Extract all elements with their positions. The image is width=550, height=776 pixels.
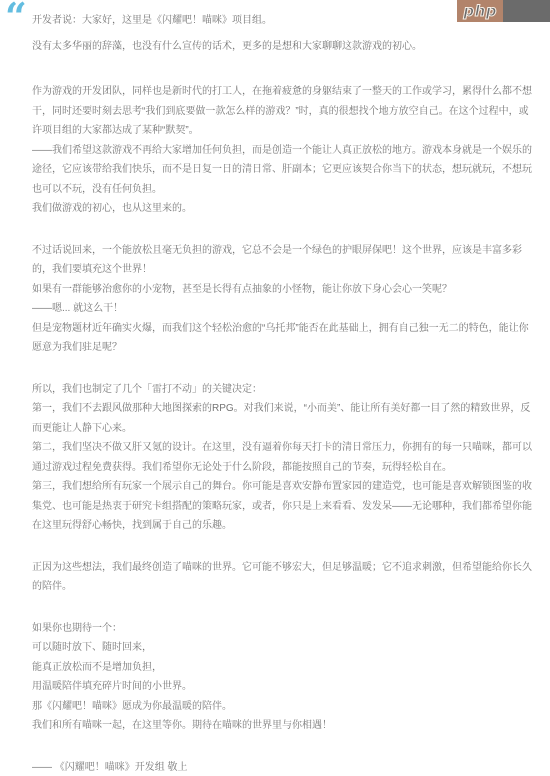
section-2: 作为游戏的开发团队，同样也是新时代的打工人，在拖着疲惫的身躯结束了一整天的工作或… <box>32 82 532 219</box>
paragraph: 第三，我们想给所有玩家一个展示自己的舞台。你可能是喜欢安静布置家园的建造党，也可… <box>32 477 532 536</box>
section-5: 正因为这些想法，我们最终创造了喵咪的世界。它可能不够宏大，但足够温暖；它不追求刺… <box>32 558 532 597</box>
paragraph: 用温暖陪伴填充碎片时间的小世界。 <box>32 677 532 697</box>
php-watermark: php <box>457 0 550 22</box>
paragraph: 我们做游戏的初心，也从这里来的。 <box>32 199 532 219</box>
paragraph: —— 《闪耀吧！喵咪》开发组 敬上 <box>32 758 532 776</box>
paragraph: 我们和所有喵咪一起，在这里等你。期待在喵咪的世界里与你相遇！ <box>32 716 532 736</box>
paragraph: 可以随时放下、随时回来， <box>32 638 532 658</box>
paragraph: 作为游戏的开发团队，同样也是新时代的打工人，在拖着疲惫的身躯结束了一整天的工作或… <box>32 82 532 141</box>
paragraph: 没有太多华丽的辞藻，也没有什么宣传的话术，更多的是想和大家聊聊这款游戏的初心。 <box>32 34 532 60</box>
paragraph: 但是宠物题材近年确实火爆，而我们这个轻松治愈的“乌托邦”能否在此基础上，拥有自己… <box>32 319 532 358</box>
paragraph: 第二，我们坚决不做又肝又氪的设计。在这里，没有逼着你每天打卡的清日常压力，你拥有… <box>32 438 532 477</box>
paragraph: ——我们希望这款游戏不再给大家增加任何负担，而是创造一个能让人真正放松的地方。游… <box>32 141 532 200</box>
paragraph: 如果你也期待一个： <box>32 619 532 639</box>
section-7: —— 《闪耀吧！喵咪》开发组 敬上 <box>32 758 532 776</box>
watermark-dark-block <box>503 0 550 22</box>
paragraph: ——嗯... 就这么干！ <box>32 299 532 319</box>
article-body: 开发者说：大家好，这里是《闪耀吧！喵咪》项目组。没有太多华丽的辞藻，也没有什么宣… <box>0 0 550 776</box>
paragraph: 第一，我们不去跟风做那种大地图探索的RPG。对我们来说，“小而美”、能让所有美好… <box>32 399 532 438</box>
section-6: 如果你也期待一个：可以随时放下、随时回来，能真正放松而不是增加负担，用温暖陪伴填… <box>32 619 532 736</box>
paragraph: 不过话说回来，一个能放松且毫无负担的游戏，它总不会是一个绿色的护眼屏保吧！这个世… <box>32 241 532 280</box>
paragraph: 如果有一群能够治愈你的小宠物，甚至是长得有点抽象的小怪物，能让你放下身心会心一笑… <box>32 280 532 300</box>
php-logo: php <box>457 0 503 22</box>
paragraph: 那《闪耀吧！喵咪》愿成为你最温暖的陪伴。 <box>32 697 532 717</box>
opening-quote-icon: “ <box>5 0 27 36</box>
section-4: 所以，我们也制定了几个「雷打不动」的关键决定：第一，我们不去跟风做那种大地图探索… <box>32 380 532 536</box>
section-3: 不过话说回来，一个能放松且毫无负担的游戏，它总不会是一个绿色的护眼屏保吧！这个世… <box>32 241 532 358</box>
paragraph: 所以，我们也制定了几个「雷打不动」的关键决定： <box>32 380 532 400</box>
paragraph: 正因为这些想法，我们最终创造了喵咪的世界。它可能不够宏大，但足够温暖；它不追求刺… <box>32 558 532 597</box>
paragraph: 能真正放松而不是增加负担， <box>32 658 532 678</box>
